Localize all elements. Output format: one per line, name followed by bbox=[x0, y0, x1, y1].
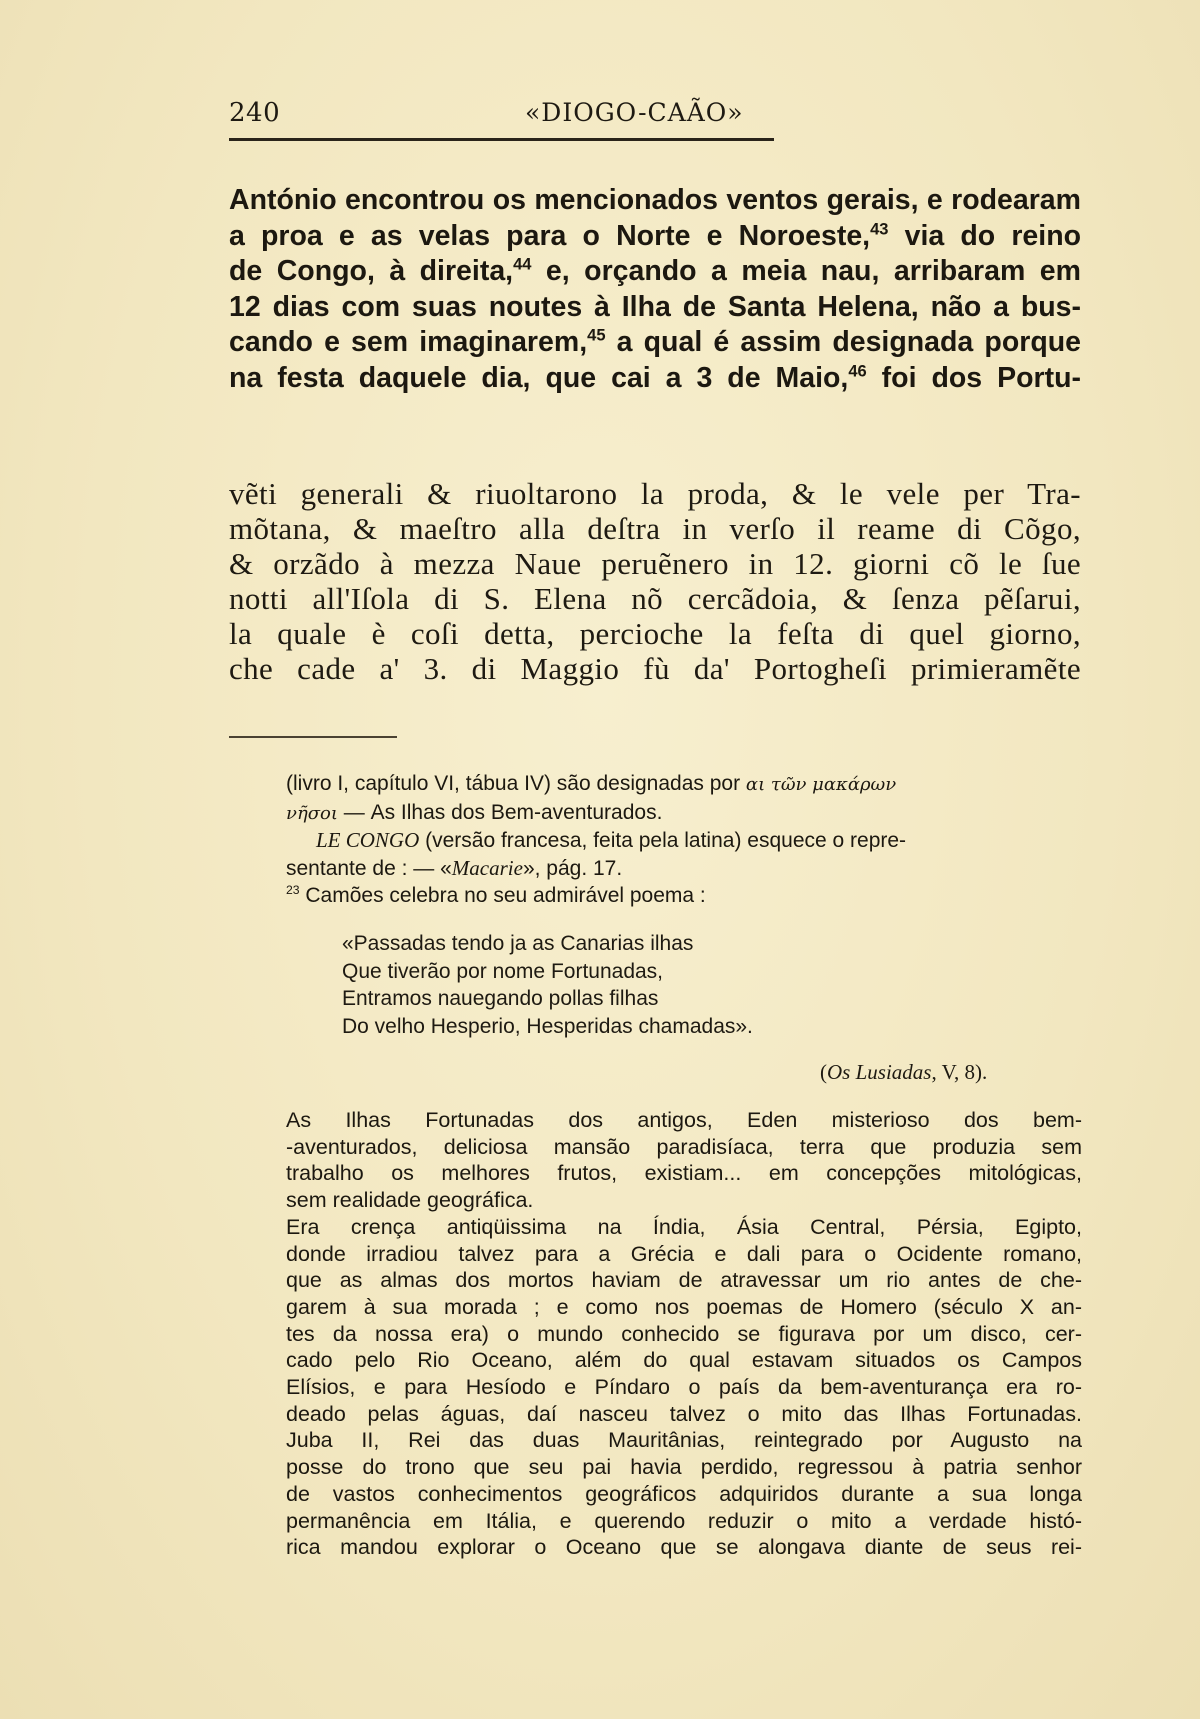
verse-line: Entramos nauegando pollas filhas bbox=[342, 985, 753, 1013]
text-line: cando e sem imaginarem,45 a qual é assim… bbox=[229, 325, 1081, 361]
verse-line: Do velho Hesperio, Hesperidas chamadas». bbox=[342, 1013, 753, 1041]
text-line: trabalho os melhores frutos, existiam...… bbox=[286, 1160, 1082, 1187]
verse-quote: «Passadas tendo ja as Canarias ilhas Que… bbox=[342, 930, 753, 1040]
page-number: 240 bbox=[229, 98, 280, 128]
text-line: de vastos conhecimentos geográficos adqu… bbox=[286, 1481, 1082, 1508]
footnote-ref: 46 bbox=[848, 361, 866, 380]
footnote-line: (livro I, capítulo VI, tábua IV) são des… bbox=[286, 770, 1082, 799]
text-line: -aventurados, deliciosa mansão paradisía… bbox=[286, 1134, 1082, 1161]
text-line: mõtana, & maeſtro alla deſtra in verſo i… bbox=[229, 511, 1081, 546]
footnote-line: LE CONGO (versão francesa, feita pela la… bbox=[286, 827, 1082, 855]
text-line: sem realidade geográfica. bbox=[286, 1187, 1082, 1214]
main-text: António encontrou os mencionados ventos … bbox=[229, 183, 1081, 396]
text-line: vẽti generali & riuoltarono la proda, & … bbox=[229, 476, 1081, 511]
text-line: notti all'Iſola di S. Elena nõ cercãdoia… bbox=[229, 581, 1081, 616]
verse-citation: (Os Lusiadas, V, 8). bbox=[820, 1060, 987, 1085]
text-line: posse do trono que seu pai havia perdido… bbox=[286, 1454, 1082, 1481]
commentary-text: As Ilhas Fortunadas dos antigos, Eden mi… bbox=[286, 1107, 1082, 1561]
text-line: As Ilhas Fortunadas dos antigos, Eden mi… bbox=[286, 1107, 1082, 1134]
text-line: la quale è coſi detta, percioche la feſt… bbox=[229, 616, 1081, 651]
text-line: que as almas dos mortos haviam de atrave… bbox=[286, 1267, 1082, 1294]
text-line: Elísios, e para Hesíodo e Píndaro o país… bbox=[286, 1374, 1082, 1401]
text-line: António encontrou os mencionados ventos … bbox=[229, 183, 1081, 219]
footnote-line: sentante de : — «Macarie», pág. 17. bbox=[286, 855, 1082, 883]
verse-line: «Passadas tendo ja as Canarias ilhas bbox=[342, 930, 753, 958]
footnote-23: 23 Camões celebra no seu admirável poema… bbox=[286, 882, 1082, 910]
footnote-number: 23 bbox=[286, 883, 300, 897]
greek-text: αι τῶν μακάρων bbox=[746, 774, 896, 795]
footnote-line: νῆσοι — As Ilhas dos Bem-aventurados. bbox=[286, 799, 1082, 828]
italian-source-text: vẽti generali & riuoltarono la proda, & … bbox=[229, 476, 1081, 686]
text-line: cado pelo Rio Oceano, além do qual estav… bbox=[286, 1347, 1082, 1374]
text-line: permanência em Itália, e querendo reduzi… bbox=[286, 1508, 1082, 1535]
text-line: che cade a' 3. di Maggio fù da' Portoghe… bbox=[229, 651, 1081, 686]
footnote-ref: 44 bbox=[513, 255, 531, 274]
footnote-ref: 43 bbox=[870, 219, 888, 238]
footnote-ref: 45 bbox=[587, 326, 605, 345]
book-page: 240 «DIOGO-CAÃO» António encontrou os me… bbox=[0, 0, 1200, 1719]
text-line: tes da nossa era) o mundo conhecido se f… bbox=[286, 1321, 1082, 1348]
footnote-rule bbox=[229, 736, 397, 738]
header-rule bbox=[229, 138, 774, 141]
greek-text: νῆσοι bbox=[286, 803, 338, 824]
running-title: «DIOGO-CAÃO» bbox=[525, 98, 744, 127]
text-line: rica mandou explorar o Oceano que se alo… bbox=[286, 1534, 1082, 1561]
text-line: & orzãdo à mezza Naue peruẽnero in 12. g… bbox=[229, 546, 1081, 581]
text-line: Era crença antiqüissima na Índia, Ásia C… bbox=[286, 1214, 1082, 1241]
text-line: donde irradiou talvez para a Grécia e da… bbox=[286, 1241, 1082, 1268]
text-line: a proa e as velas para o Norte e Noroest… bbox=[229, 219, 1081, 255]
page-header: 240 «DIOGO-CAÃO» bbox=[229, 98, 774, 138]
text-line: 12 dias com suas noutes à Ilha de Santa … bbox=[229, 290, 1081, 326]
text-line: na festa daquele dia, que cai a 3 de Mai… bbox=[229, 361, 1081, 397]
text-line: Juba II, Rei das duas Mauritânias, reint… bbox=[286, 1427, 1082, 1454]
footnotes: (livro I, capítulo VI, tábua IV) são des… bbox=[286, 770, 1082, 910]
text-line: de Congo, à direita,44 e, orçando a meia… bbox=[229, 254, 1081, 290]
text-line: garem à sua morada ; e como nos poemas d… bbox=[286, 1294, 1082, 1321]
text-line: deado pelas águas, daí nasceu talvez o m… bbox=[286, 1401, 1082, 1428]
verse-line: Que tiverão por nome Fortunadas, bbox=[342, 958, 753, 986]
